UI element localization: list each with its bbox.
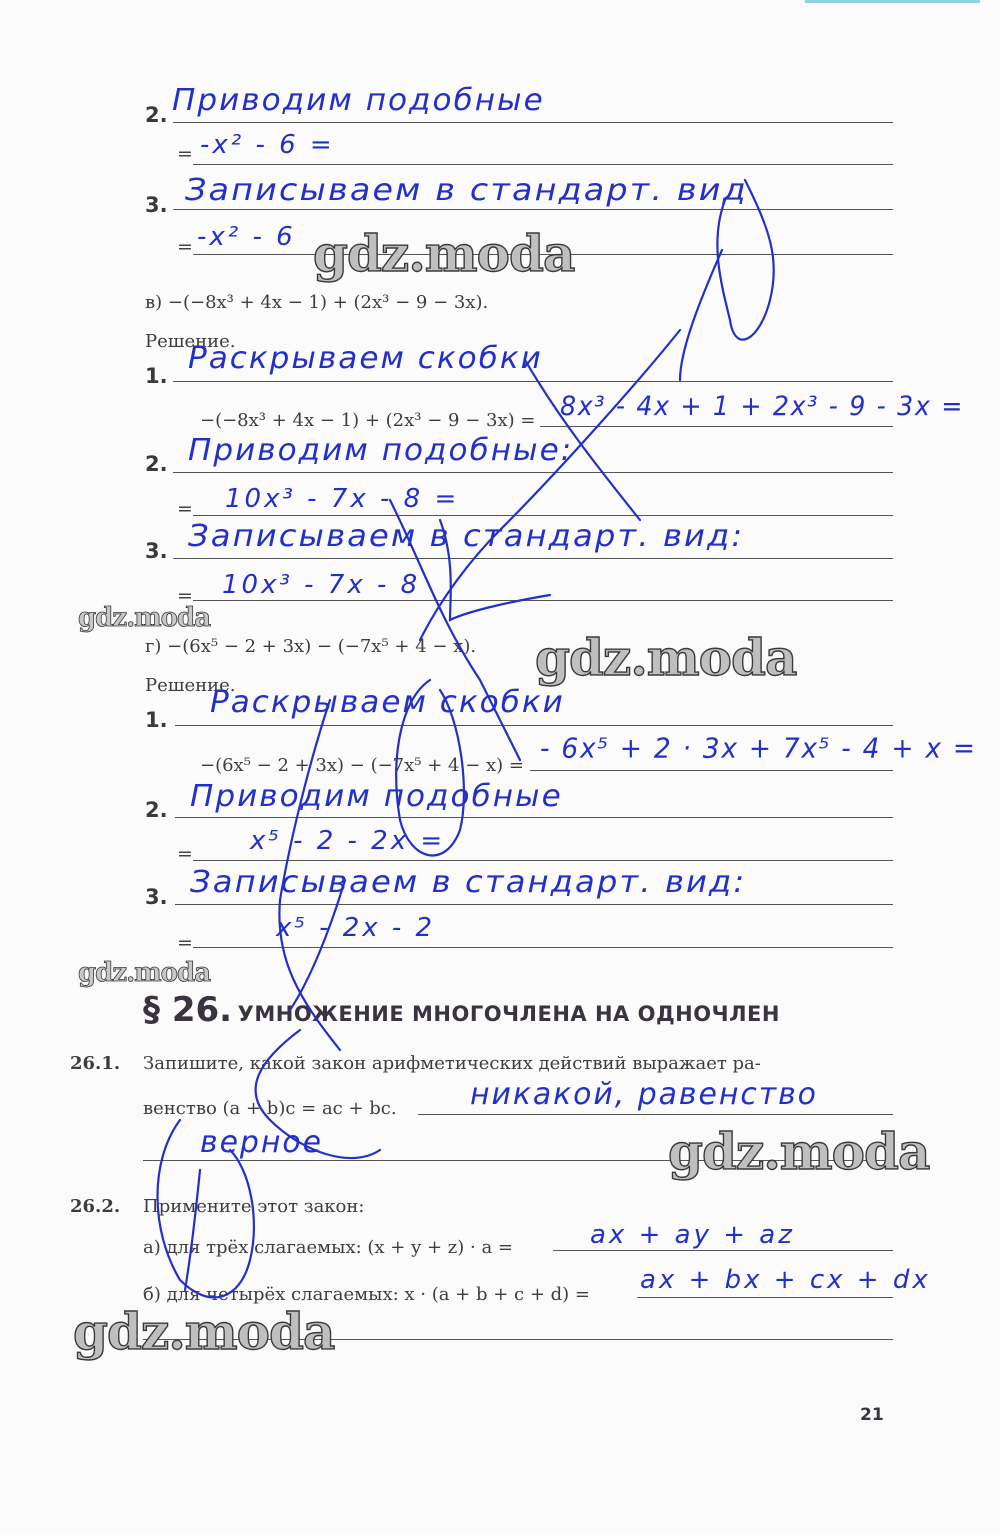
handwritten-result: 10x³ - 7x - 8 = — [225, 484, 459, 514]
handwritten-step: Записываем в стандарт. вид: — [190, 866, 746, 900]
answer-line — [418, 1114, 893, 1115]
step-number: 3. — [145, 193, 168, 217]
task-subitem: а) для трёх слагаемых: (x + y + z) · a = — [143, 1237, 513, 1258]
section-title: УМНОЖЕНИЕ МНОГОЧЛЕНА НА ОДНОЧЛЕН — [238, 1002, 780, 1026]
answer-line — [540, 426, 893, 427]
section-heading: § 26. УМНОЖЕНИЕ МНОГОЧЛЕНА НА ОДНОЧЛЕН — [143, 990, 780, 1030]
handwritten-result: -x² - 6 = — [200, 130, 335, 160]
equals-sign: = — [177, 498, 193, 520]
answer-line — [173, 122, 893, 123]
handwritten-result: 10x³ - 7x - 8 — [222, 570, 420, 600]
answer-line — [193, 164, 893, 165]
watermark: gdz.moda — [78, 958, 210, 988]
watermark: gdz.moda — [78, 603, 210, 633]
answer-line — [193, 947, 893, 948]
step-number: 1. — [145, 708, 168, 732]
handwritten-step: Раскрываем скобки — [188, 342, 543, 376]
handwritten-step: Приводим подобные — [172, 84, 545, 118]
handwritten-answer: ax + ay + az — [590, 1220, 795, 1250]
expression: −(6x⁵ − 2 + 3x) − (−7x⁵ + 4 − x) = — [200, 755, 524, 776]
watermark: gdz.moda — [535, 628, 796, 687]
equals-sign: = — [177, 143, 193, 165]
handwritten-result: x⁵ - 2 - 2x = — [250, 826, 445, 856]
task-number: 26.1. — [70, 1053, 120, 1074]
answer-line — [173, 209, 893, 210]
page-number: 21 — [860, 1405, 884, 1425]
answer-line — [553, 1250, 893, 1251]
watermark: gdz.moda — [313, 224, 574, 283]
equals-sign: = — [177, 932, 193, 954]
workbook-page: 2. Приводим подобные = -x² - 6 = 3. Запи… — [0, 0, 1000, 1535]
handwritten-answer: ax + bx + cx + dx — [640, 1265, 931, 1295]
step-number: 3. — [145, 885, 168, 909]
answer-line — [173, 558, 893, 559]
answer-line — [193, 860, 893, 861]
answer-line — [637, 1297, 893, 1298]
handwritten-step: Записываем в стандарт. вид — [185, 174, 748, 208]
watermark: gdz.moda — [668, 1122, 929, 1181]
answer-line — [173, 381, 893, 382]
answer-line — [530, 770, 893, 771]
task-number: 26.2. — [70, 1196, 120, 1217]
task-expression: в) −(−8x³ + 4x − 1) + (2x³ − 9 − 3x). — [145, 292, 488, 313]
step-number: 2. — [145, 452, 168, 476]
task-text: венство (a + b)c = ac + bc. — [143, 1098, 397, 1119]
handwritten-result: - 6x⁵ + 2 · 3x + 7x⁵ - 4 + x = — [540, 733, 977, 764]
equals-sign: = — [177, 236, 193, 258]
handwritten-step: Приводим подобные — [190, 780, 563, 814]
step-number: 1. — [145, 364, 168, 388]
answer-line — [175, 904, 893, 905]
section-number: § 26. — [143, 990, 232, 1030]
top-edge-strip — [805, 0, 980, 3]
handwritten-result: -x² - 6 — [197, 222, 296, 252]
answer-line — [193, 600, 893, 601]
watermark: gdz.moda — [73, 1302, 334, 1361]
answer-line — [175, 817, 893, 818]
task-expression: г) −(6x⁵ − 2 + 3x) − (−7x⁵ + 4 − x). — [145, 636, 476, 657]
handwritten-answer: верное — [200, 1126, 323, 1160]
handwritten-answer: никакой, равенство — [470, 1078, 818, 1112]
answer-line — [193, 515, 893, 516]
task-text: Запишите, какой закон арифметических дей… — [143, 1053, 761, 1074]
handwritten-step: Раскрываем скобки — [210, 686, 565, 720]
handwritten-step: Записываем в стандарт. вид: — [188, 520, 744, 554]
handwritten-result: x⁵ - 2x - 2 — [276, 913, 435, 943]
step-number: 3. — [145, 539, 168, 563]
handwritten-result: 8x³ - 4x + 1 + 2x³ - 9 - 3x = — [560, 392, 964, 422]
answer-line — [173, 472, 893, 473]
step-number: 2. — [145, 103, 168, 127]
task-text: Примените этот закон: — [143, 1196, 364, 1217]
equals-sign: = — [177, 843, 193, 865]
expression: −(−8x³ + 4x − 1) + (2x³ − 9 − 3x) = — [200, 410, 535, 431]
step-number: 2. — [145, 798, 168, 822]
answer-line — [175, 725, 893, 726]
handwritten-step: Приводим подобные: — [188, 434, 573, 468]
